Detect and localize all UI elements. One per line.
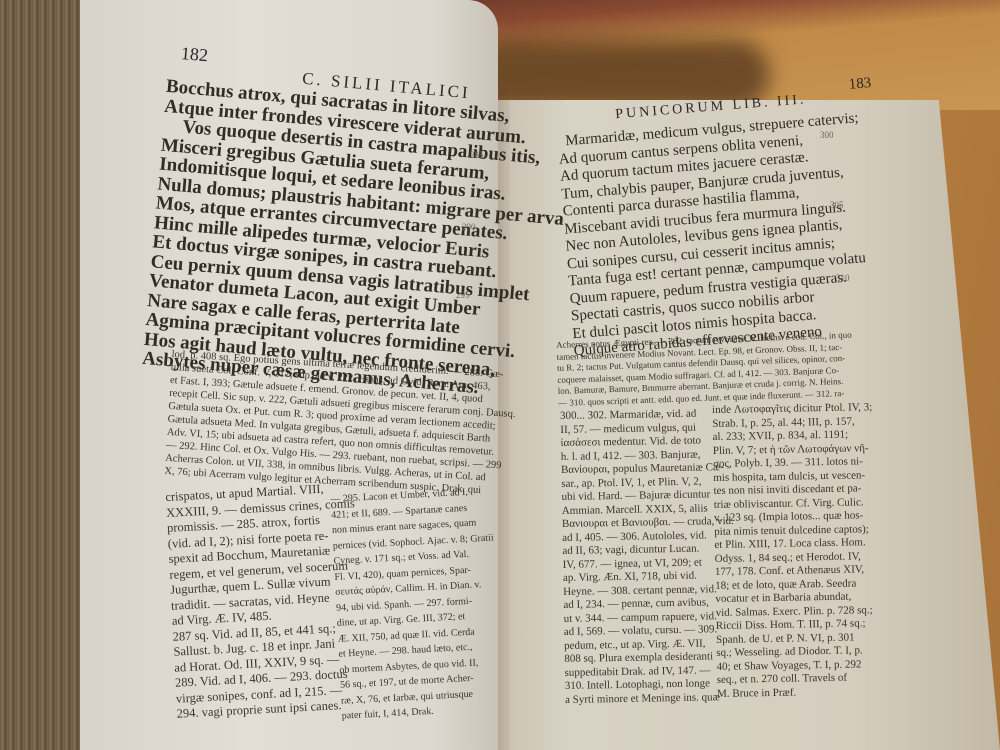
critical-apparatus-left: lod. p. 408 sq. Ego potius gens ultima t… — [164, 348, 501, 498]
commentary-right-col1: 300... 302. Marmaridæ, vid. adII, 57. — … — [560, 407, 735, 707]
book-page-edges — [0, 0, 80, 750]
line-number: 285 — [470, 150, 484, 160]
page-number-right: 183 — [848, 75, 872, 94]
line-number: 310 — [836, 273, 850, 283]
commentary-left-col2: — 295. Lacon et Umber, vid. ad I,421; et… — [330, 483, 507, 724]
commentary-left-col1: crispatos, ut apud Martial. VIII,XXXIII,… — [165, 481, 342, 722]
commentary-right-col2: inde Λωτοφαγῖτις dicitur Ptol. IV, 3;Str… — [712, 401, 892, 701]
line-number: 300 — [820, 130, 834, 140]
critical-apparatus-right: Acherres notus Ægypti rex. — 302. tactum… — [556, 329, 868, 409]
line-number: 290 — [462, 222, 476, 232]
line-number: 295 — [456, 290, 470, 300]
line-number: 305 — [830, 200, 844, 210]
